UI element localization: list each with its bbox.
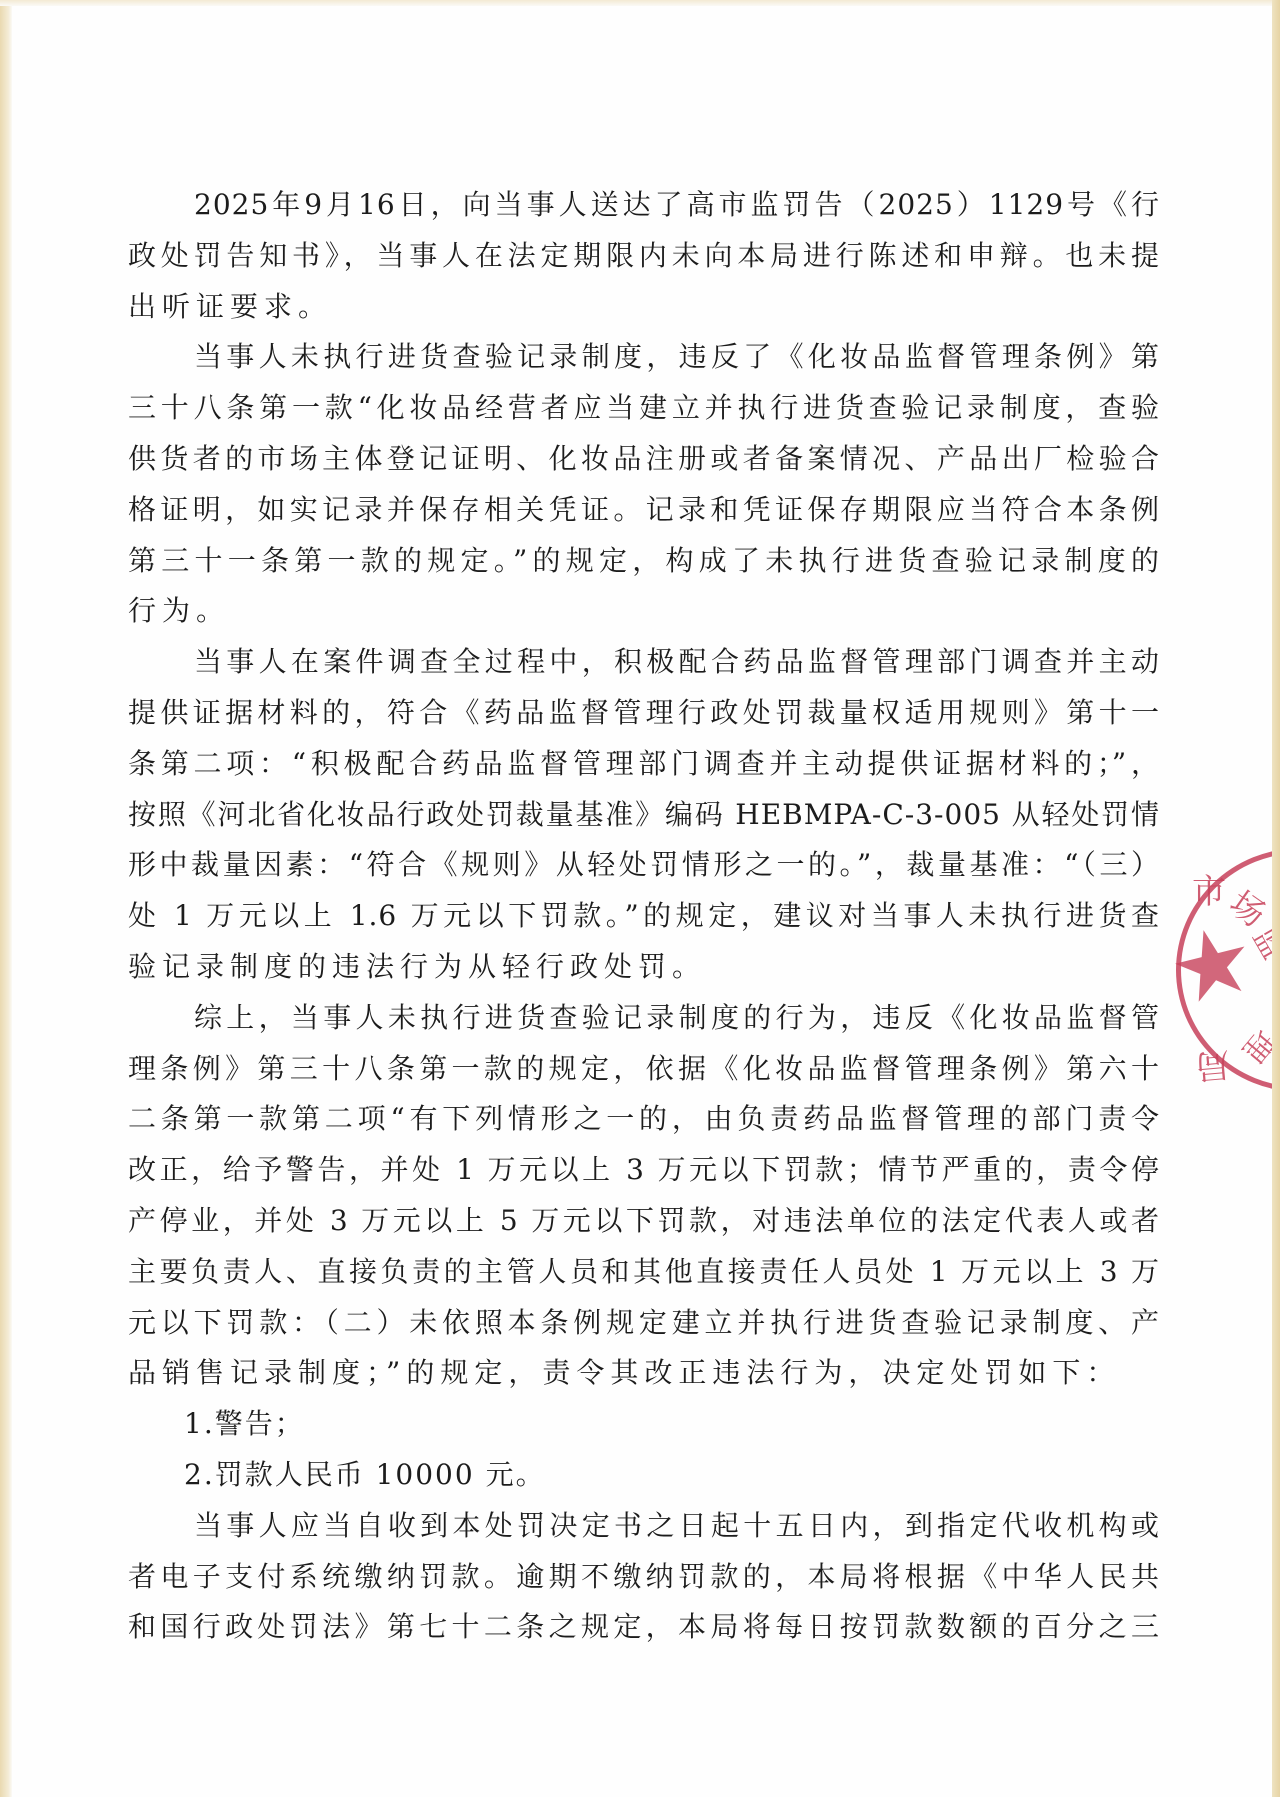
paragraph-violation: 当事人未执行进货查验记录制度，违反了《化妆品监督管理条例》第 三十八条第一款“化… xyxy=(128,332,1160,637)
seal-char: 市 xyxy=(1192,864,1226,913)
paper-edge-top xyxy=(0,0,1280,6)
text-line: 条第二项：“积极配合药品监督管理部门调查并主动提供证据材料的；”， xyxy=(128,739,1160,790)
text-line: 理条例》第三十八条第一款的规定，依据《化妆品监督管理条例》第六十 xyxy=(128,1044,1160,1095)
text-line: 供货者的市场主体登记证明、化妆品注册或者备案情况、产品出厂检验合 xyxy=(128,434,1160,485)
paper-edge-left xyxy=(0,0,12,1797)
text-line: 验记录制度的违法行为从轻行政处罚。 xyxy=(128,942,1160,993)
paragraph-payment: 当事人应当自收到本处罚决定书之日起十五日内，到指定代收机构或 者电子支付系统缴纳… xyxy=(128,1501,1160,1653)
text-line: 二条第一款第二项“有下列情形之一的，由负责药品监督管理的部门责令 xyxy=(128,1094,1160,1145)
text-line: 格证明，如实记录并保存相关凭证。记录和凭证保存期限应当符合本条例 xyxy=(128,485,1160,536)
text-line: 主要负责人、直接负责的主管人员和其他直接责任人员处 1 万元以上 3 万 xyxy=(128,1247,1160,1298)
official-seal: 市 场 监 理 局 xyxy=(1160,830,1272,1110)
text-line: 政处罚告知书》，当事人在法定期限内未向本局进行陈述和申辩。也未提 xyxy=(128,231,1160,282)
text-line: 者电子支付系统缴纳罚款。逾期不缴纳罚款的，本局将根据《中华人民共 xyxy=(128,1552,1160,1603)
decision-item-warning: 1.警告； xyxy=(128,1399,1160,1450)
text-line: 行为。 xyxy=(128,586,1160,637)
text-line: 第三十一条第一款的规定。”的规定，构成了未执行进货查验记录制度的 xyxy=(128,536,1160,587)
text-line: 当事人应当自收到本处罚决定书之日起十五日内，到指定代收机构或 xyxy=(128,1501,1160,1552)
text-line: 综上，当事人未执行进货查验记录制度的行为，违反《化妆品监督管 xyxy=(128,993,1160,1044)
text-line: 三十八条第一款“化妆品经营者应当建立并执行进货查验记录制度，查验 xyxy=(128,383,1160,434)
text-line: 按照《河北省化妆品行政处罚裁量基准》编码 HEBMPA-C-3-005 从轻处罚… xyxy=(128,790,1160,841)
paragraph-mitigation: 当事人在案件调查全过程中，积极配合药品监督管理部门调查并主动 提供证据材料的，符… xyxy=(128,637,1160,993)
decision-item-fine: 2.罚款人民币 10000 元。 xyxy=(128,1450,1160,1501)
text-line: 处 1 万元以上 1.6 万元以下罚款。”的规定，建议对当事人未执行进货查 xyxy=(128,891,1160,942)
text-line: 当事人未执行进货查验记录制度，违反了《化妆品监督管理条例》第 xyxy=(128,332,1160,383)
text-line: 元以下罚款：（二）未依照本条例规定建立并执行进货查验记录制度、产 xyxy=(128,1298,1160,1349)
text-line: 当事人在案件调查全过程中，积极配合药品监督管理部门调查并主动 xyxy=(128,637,1160,688)
text-line: 出听证要求。 xyxy=(128,282,1160,333)
paragraph-conclusion: 综上，当事人未执行进货查验记录制度的行为，违反《化妆品监督管 理条例》第三十八条… xyxy=(128,993,1160,1399)
paragraph-notice-delivery: 2025年9月16日，向当事人送达了高市监罚告（2025）1129号《行 政处罚… xyxy=(128,180,1160,332)
text-line: 形中裁量因素：“符合《规则》从轻处罚情形之一的。”，裁量基准：“（三） xyxy=(128,840,1160,891)
seal-star-icon xyxy=(1174,926,1250,1002)
text-line: 提供证据材料的，符合《药品监督管理行政处罚裁量权适用规则》第十一 xyxy=(128,688,1160,739)
text-line: 产停业，并处 3 万元以上 5 万元以下罚款，对违法单位的法定代表人或者 xyxy=(128,1196,1160,1247)
seal-char: 局 xyxy=(1194,1043,1232,1095)
text-line: 改正，给予警告，并处 1 万元以上 3 万元以下罚款；情节严重的，责令停 xyxy=(128,1145,1160,1196)
text-line: 2025年9月16日，向当事人送达了高市监罚告（2025）1129号《行 xyxy=(128,180,1160,231)
document-body: 2025年9月16日，向当事人送达了高市监罚告（2025）1129号《行 政处罚… xyxy=(128,180,1160,1653)
paper-edge-right xyxy=(1272,0,1280,1797)
text-line: 和国行政处罚法》第七十二条之规定，本局将每日按罚款数额的百分之三 xyxy=(128,1602,1160,1653)
text-line: 品销售记录制度；”的规定，责令其改正违法行为，决定处罚如下： xyxy=(128,1348,1160,1399)
penalty-decision-list: 1.警告； 2.罚款人民币 10000 元。 xyxy=(128,1399,1160,1501)
